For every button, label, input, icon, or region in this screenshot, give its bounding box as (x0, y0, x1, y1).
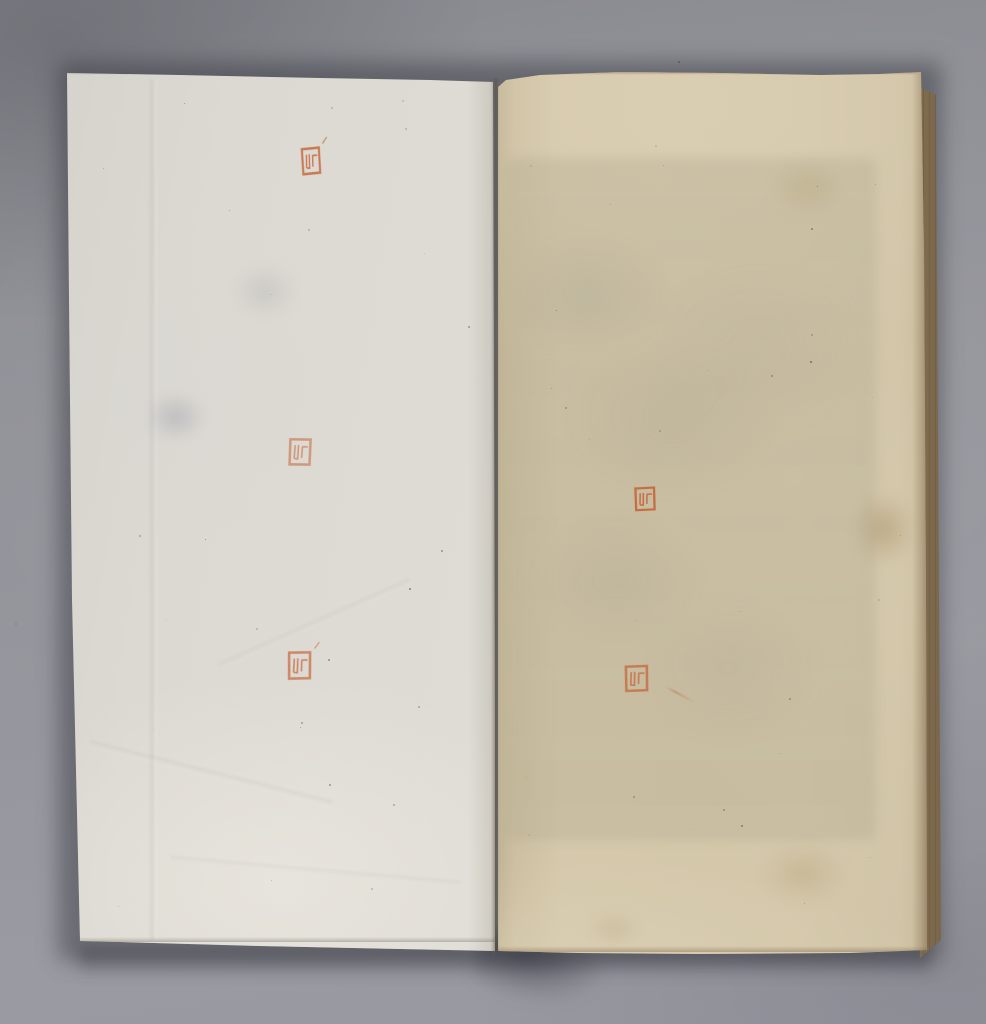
paper-speck (301, 722, 303, 724)
paper-speck (424, 253, 425, 254)
paper-speck (205, 539, 206, 540)
paper-speck (270, 294, 271, 295)
paper-speck (256, 628, 258, 630)
paper-speck (300, 727, 301, 728)
paper-speck (402, 100, 404, 102)
paper-speck (153, 729, 154, 730)
smudge-blue (146, 392, 206, 442)
left-page-crease-diagonal-1 (89, 740, 334, 808)
paper-speck (103, 168, 104, 169)
paper-speck (405, 128, 407, 130)
paper-speck (409, 588, 411, 590)
left-page-bottom-edge (78, 937, 495, 942)
paper-speck (371, 888, 373, 890)
paper-speck (329, 784, 331, 786)
paper-speck (118, 906, 119, 907)
stain-right-bottom (760, 842, 846, 904)
paper-speck (655, 145, 657, 147)
left-page-crease-diagonal-2 (218, 578, 413, 670)
paper-speck (229, 210, 230, 211)
center-fold-gutter (491, 78, 499, 954)
left-page-crease-diagonal-3 (170, 855, 460, 887)
paper-speck (418, 706, 420, 708)
paper-speck (328, 659, 330, 661)
stain-right-low (586, 912, 642, 946)
paper-speck (441, 550, 443, 552)
paper-speck (271, 880, 272, 881)
paper-speck (331, 107, 333, 109)
toned-inner-panel (506, 158, 876, 840)
paper-speck (870, 857, 871, 858)
paper-speck (184, 103, 185, 104)
paper-speck (166, 620, 167, 621)
right-page-bottom-edge (498, 946, 926, 952)
paper-speck (878, 599, 880, 601)
paper-speck (393, 804, 395, 806)
paper-speck (804, 903, 805, 904)
smudge-gray (232, 264, 298, 318)
paper-speck (900, 535, 901, 536)
paper-speck (139, 535, 141, 537)
photograph-open-album (0, 0, 986, 1024)
paper-speck (308, 229, 310, 231)
left-page-crease-vertical (148, 80, 160, 940)
paper-speck (15, 623, 17, 625)
paper-speck (468, 326, 470, 328)
